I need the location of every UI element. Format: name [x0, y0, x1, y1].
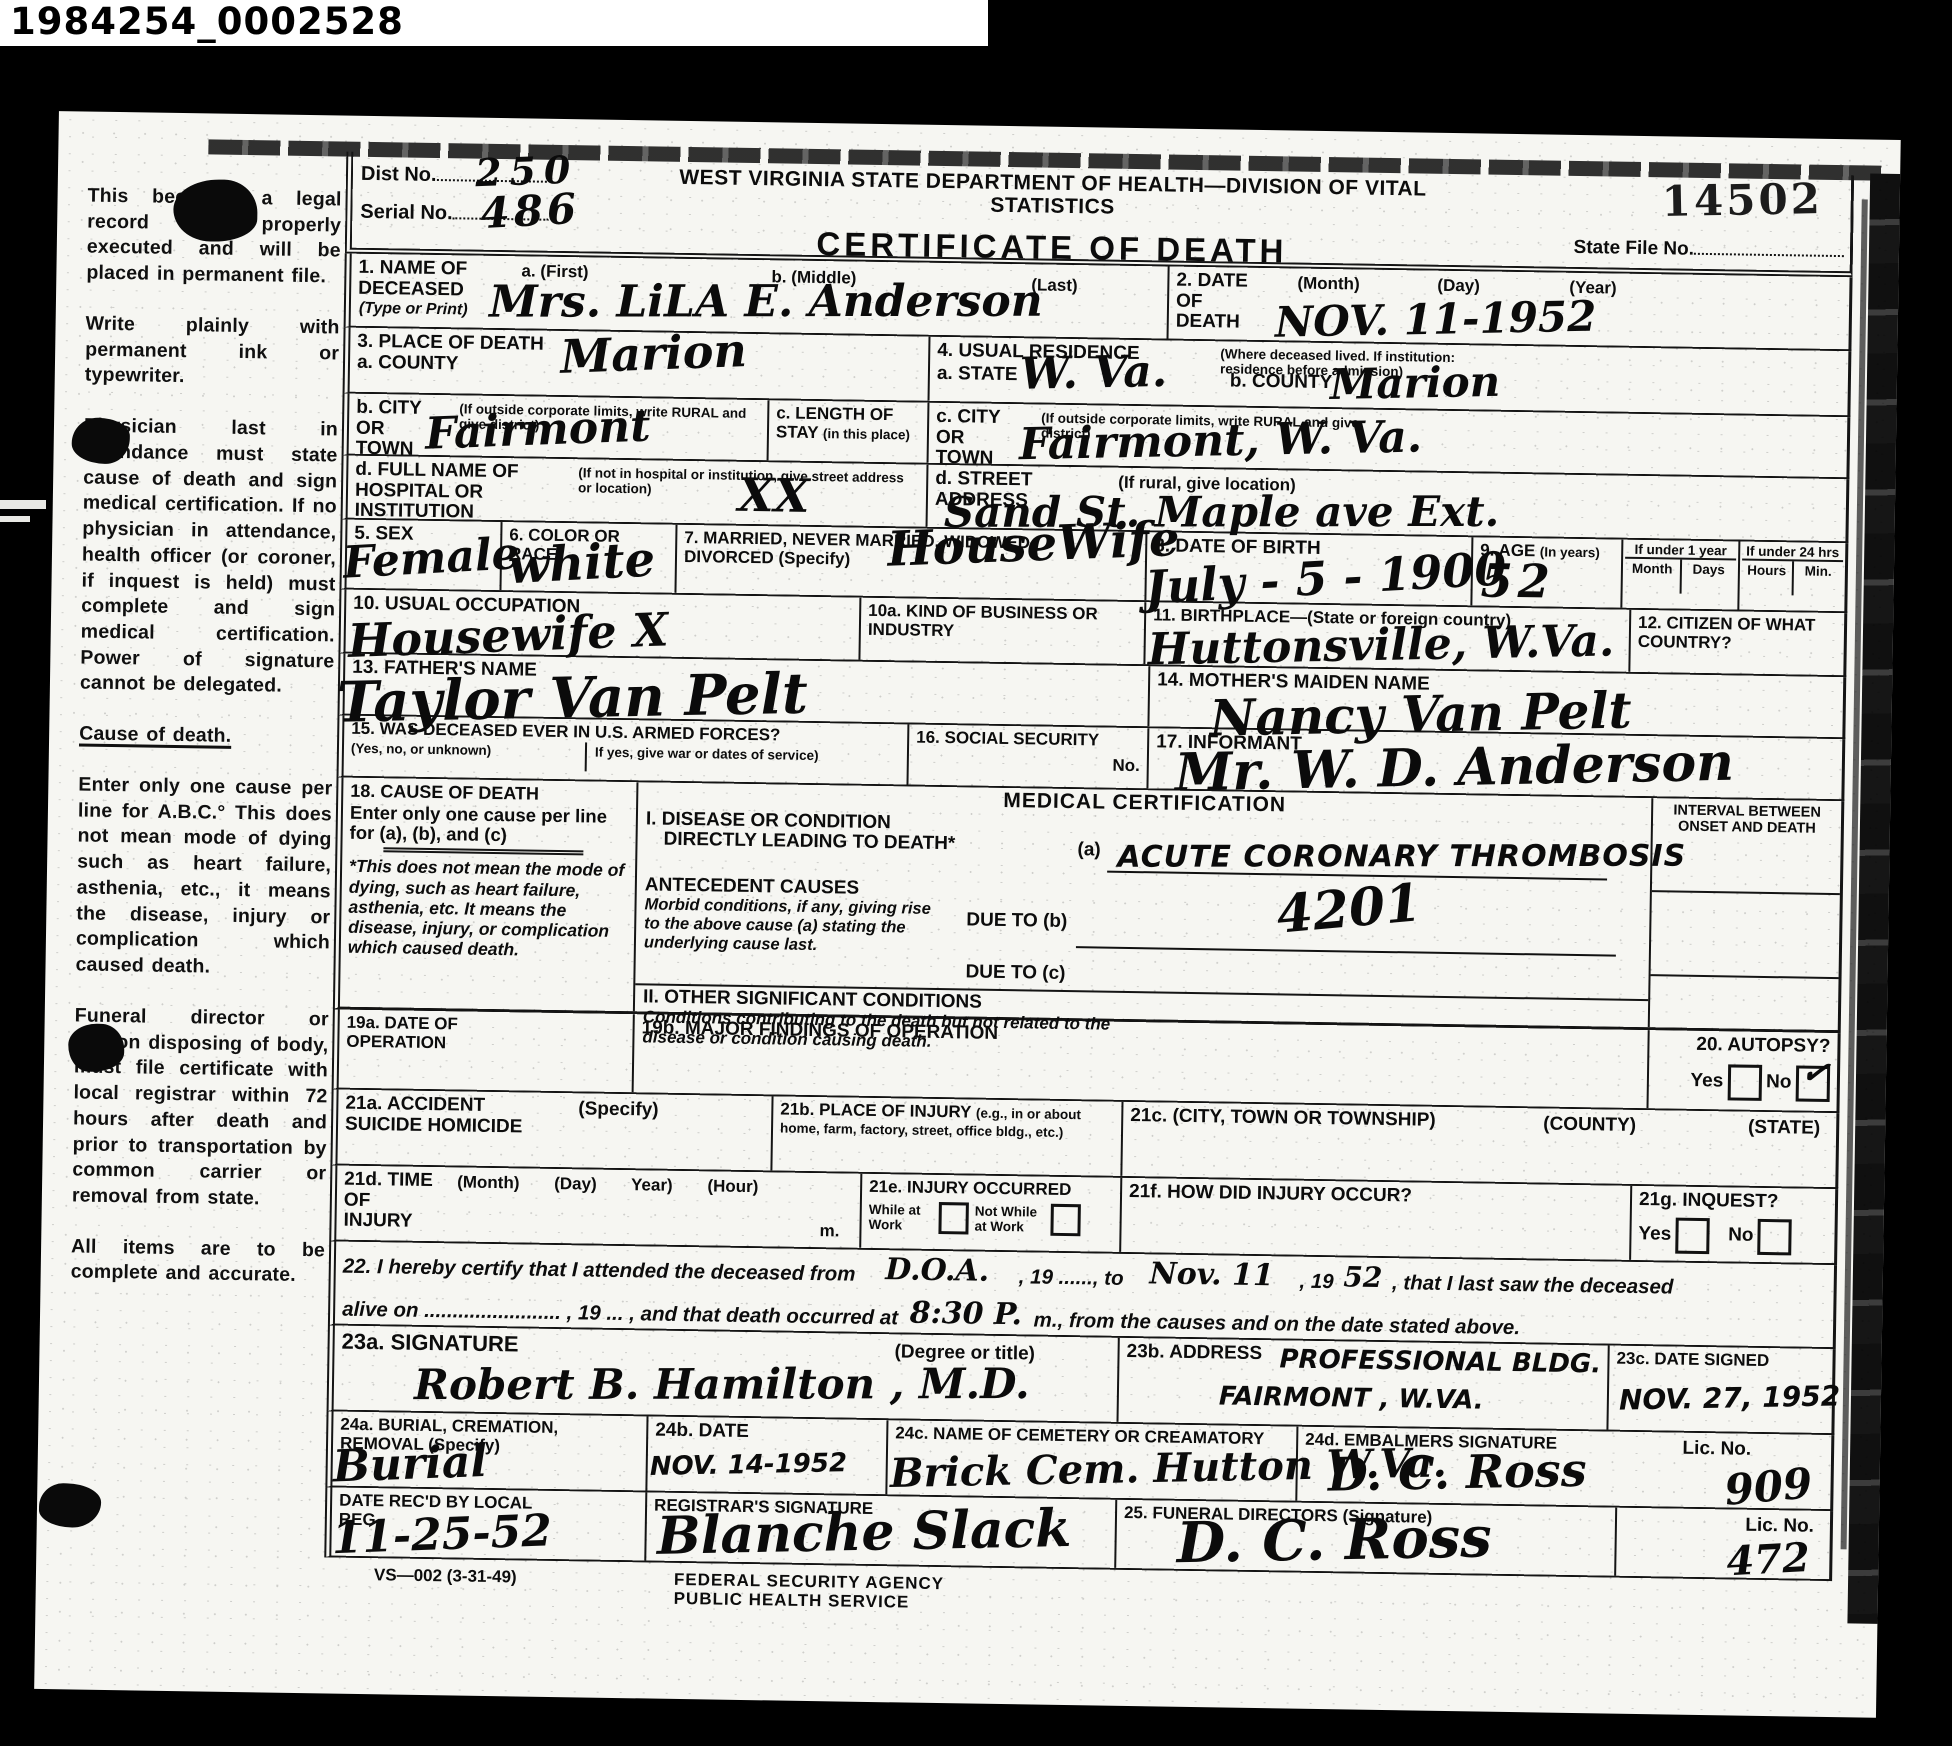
- field-17-value: Mr. W. D. Anderson: [1174, 732, 1734, 804]
- field-2-date-of-death: 2. DATE OF DEATH (Month) (Day) (Year) NO…: [1169, 267, 1850, 350]
- field-23a-label: 23a. SIGNATURE: [341, 1329, 518, 1357]
- field-6-color-or-race: 6. COLOR OR RACE white: [501, 522, 677, 593]
- field-3a-county-value: Marion: [559, 323, 747, 384]
- inquest-no-label: No: [1728, 1224, 1754, 1245]
- scan-id-label: 1984254_0002528: [0, 0, 988, 43]
- title-block: WEST VIRGINIA STATE DEPARTMENT OF HEALTH…: [614, 156, 1491, 266]
- field-13-value: Taylor Van Pelt: [336, 661, 808, 736]
- field-23b-value-line2: FAIRMONT , W.VA.: [1219, 1381, 1484, 1415]
- field-20-autopsy: 20. AUTOPSY? Yes No ✓: [1648, 1030, 1837, 1111]
- margin-paragraph: Write plainly with permanent ink or type…: [85, 311, 340, 392]
- field-5-sex: 5. SEX Female: [346, 520, 502, 590]
- field-4c-value: Fairmont, W. Va.: [1018, 411, 1422, 470]
- under-1-year-days-label: Days: [1681, 560, 1736, 595]
- not-while-at-work-label: Not While at Work: [974, 1203, 1044, 1234]
- field-14-mothers-maiden-name: 14. MOTHER'S MAIDEN NAME Nancy Van Pelt: [1149, 666, 1843, 737]
- field-23a-value: Robert B. Hamilton , M.D.: [414, 1359, 1030, 1409]
- statement-part-5: alive on: [342, 1298, 419, 1322]
- ink-blot: [39, 1483, 102, 1528]
- field-21c-label: 21c. (CITY, TOWN OR TOWNSHIP): [1130, 1105, 1436, 1131]
- under-1-year-month-label: Month: [1625, 559, 1682, 594]
- certificate-form: Dist No. Serial No. 250 486 WEST VIRGINI…: [323, 152, 1854, 1646]
- field-date-recd-value: 11-25-52: [331, 1505, 553, 1564]
- state-file-label: State File No.: [1573, 237, 1694, 260]
- field-registrar-value: Blanche Slack: [656, 1498, 1072, 1567]
- field-25-lic-no: Lic. No. 472: [1616, 1508, 1830, 1579]
- field-24c-cemetery: 24c. NAME OF CEMETERY OR CREAMATORY Bric…: [887, 1420, 1298, 1500]
- field-date-recd-local-registrar: DATE REC'D BY LOCAL REG. 11-25-52: [331, 1488, 647, 1561]
- not-while-at-work-checkbox: [1050, 1203, 1080, 1235]
- margin-paragraph: Enter only one cause per line for A.B.C.…: [75, 772, 332, 982]
- section-medical-certification: 18. CAUSE OF DEATH Enter only one cause …: [333, 778, 1844, 1034]
- interval-line-a: [1652, 890, 1840, 895]
- due-to-b-label: DUE TO (b): [966, 910, 1067, 932]
- statement-part-4: , that I last saw the deceased: [1392, 1271, 1674, 1298]
- field-21g-inquest: 21g. INQUEST? Yes No: [1631, 1186, 1835, 1263]
- field-12-citizen-of: 12. CITIZEN OF WHAT COUNTRY?: [1630, 610, 1844, 675]
- field-23c-label: 23c. DATE SIGNED: [1616, 1349, 1769, 1370]
- field-25-lic-value: 472: [1725, 1534, 1811, 1585]
- field-3b-city-or-town: b. CITY OR TOWN (If outside corporate li…: [349, 394, 770, 461]
- while-at-work-checkbox: [938, 1202, 968, 1234]
- inquest-yes-checkbox: [1675, 1217, 1710, 1254]
- antecedent-note: Morbid conditions, if any, giving rise t…: [644, 896, 945, 958]
- antecedent-causes-block: ANTECEDENT CAUSES Morbid conditions, if …: [635, 875, 1650, 999]
- field-24a-value: Burial: [332, 1436, 488, 1493]
- attended-from-value: D.O.A.: [861, 1252, 1013, 1289]
- field-16-label: 16. SOCIAL SECURITY: [916, 728, 1099, 750]
- field-6-value: white: [507, 531, 657, 595]
- under-24-hrs-hours-label: Hours: [1742, 561, 1794, 596]
- field-21a-accident-suicide-homicide: 21a. ACCIDENT SUICIDE HOMICIDE (Specify): [337, 1090, 773, 1171]
- field-19a-label: 19a. DATE OF OPERATION: [346, 1014, 507, 1054]
- attended-to-year-value: 52: [1339, 1260, 1386, 1294]
- field-24b-date: 24b. DATE NOV. 14-1952: [647, 1416, 888, 1494]
- field-16-no-label: No.: [916, 754, 1140, 776]
- field-3d-label: d. FULL NAME OF HOSPITAL OR INSTITUTION: [355, 460, 556, 525]
- scan-artifact: [0, 500, 46, 509]
- field-10-usual-occupation: 10. USUAL OCCUPATION Housewife X: [345, 590, 861, 660]
- field-21c-state-label: (STATE): [1748, 1118, 1820, 1140]
- field-7-value: HouseWife: [886, 511, 1180, 578]
- interval-label: INTERVAL BETWEEN ONSET AND DEATH: [1660, 802, 1834, 837]
- interval-column: INTERVAL BETWEEN ONSET AND DEATH: [1650, 798, 1842, 1030]
- field-8-date-of-birth: 8. DATE OF BIRTH July - 5 - 1900: [1146, 532, 1473, 605]
- disease-a-value: ACUTE CORONARY THROMBOSIS: [1117, 838, 1686, 874]
- field-21a-note: (Specify): [578, 1099, 659, 1121]
- field-21e-injury-occurred: 21e. INJURY OCCURRED While at Work Not W…: [861, 1174, 1122, 1252]
- field-15-note2: If yes, give war or dates of service): [587, 742, 900, 776]
- field-12-label: 12. CITIZEN OF WHAT COUNTRY?: [1638, 614, 1819, 654]
- field-3d-hospital: d. FULL NAME OF HOSPITAL OR INSTITUTION …: [348, 456, 929, 527]
- autopsy-no-label: No: [1766, 1071, 1792, 1092]
- field-21d-time-of-injury: 21d. TIME OF INJURY (Month) (Day) Year) …: [336, 1166, 862, 1248]
- field-25-funeral-directors: 25. FUNERAL DIRECTORS (Signature) D. C. …: [1116, 1500, 1617, 1576]
- field-18-note1: Enter only one cause per line for (a), (…: [349, 803, 629, 847]
- field-19b-label: 19b. MAJOR FINDINGS OF OPERATION: [641, 1017, 998, 1044]
- file-number-block: 14502 State File No.: [1490, 170, 1851, 272]
- form-number: VS—002 (3-31-49): [374, 1565, 517, 1586]
- field-10a-kind-of-business: 10a. KIND OF BUSINESS OR INDUSTRY: [860, 598, 1146, 664]
- field-13-fathers-name: 13. FATHER'S NAME Taylor Van Pelt: [345, 654, 1151, 727]
- field-21d-label: 21d. TIME OF INJURY: [343, 1170, 434, 1233]
- ink-blot: [173, 179, 258, 242]
- field-21b-place-of-injury: 21b. PLACE OF INJURY (e.g., in or about …: [772, 1096, 1123, 1175]
- field-24b-value: NOV. 14-1952: [649, 1448, 847, 1482]
- field-24d-value: D. C. Ross: [1327, 1443, 1587, 1502]
- field-23c-date-signed: 23c. DATE SIGNED NOV. 27, 1952: [1608, 1346, 1832, 1433]
- field-11-birthplace: 11. BIRTHPLACE—(State or foreign country…: [1145, 602, 1631, 672]
- field-9-under-1-year: If under 1 year Month Days: [1622, 540, 1740, 610]
- scan-id-bar: 1984254_0002528: [0, 0, 988, 46]
- field-24d-lic-label: Lic. No.: [1682, 1439, 1751, 1461]
- field-2-value: NOV. 11-1952: [1274, 292, 1596, 347]
- field-24d-lic-value: 909: [1723, 1458, 1815, 1515]
- field-11-value: Huttonsville, W.Va.: [1147, 615, 1614, 675]
- margin-heading-cause-of-death: Cause of death.: [79, 722, 333, 752]
- field-9-under-24-hrs: If under 24 hrs Hours Min.: [1739, 542, 1845, 612]
- field-24b-label: 24b. DATE: [655, 1420, 749, 1442]
- field-21c-city-county-state: 21c. (CITY, TOWN OR TOWNSHIP) (COUNTY) (…: [1122, 1102, 1836, 1187]
- field-1-value: Mrs. LiLA E. Anderson: [489, 276, 1043, 328]
- field-3b-value: Fairmont: [424, 401, 651, 460]
- field-registrar-signature: REGISTRAR'S SIGNATURE Blanche Slack: [646, 1492, 1117, 1567]
- footer-service: PUBLIC HEALTH SERVICE: [674, 1590, 944, 1613]
- statement-dots: ........................ , 19 ...: [424, 1299, 624, 1325]
- field-3d-value: XX: [738, 468, 810, 523]
- inquest-yes-label: Yes: [1638, 1223, 1671, 1245]
- district-serial-block: Dist No. Serial No. 250 486: [352, 152, 615, 252]
- inquest-no-checkbox: [1758, 1218, 1793, 1255]
- ink-blot: [71, 417, 130, 464]
- field-16-social-security: 16. SOCIAL SECURITY No.: [908, 724, 1149, 788]
- serial-no-value: 486: [479, 184, 581, 238]
- margin-instructions: This becomes a legal record when properl…: [70, 184, 342, 1315]
- field-19b-major-findings: 19b. MAJOR FINDINGS OF OPERATION: [634, 1014, 1650, 1108]
- field-4c-label: c. CITY OR TOWN: [935, 407, 1020, 470]
- field-24d-embalmer-signature: 24d. EMBALMERS SIGNATURE Lic. No. D. C. …: [1297, 1427, 1831, 1509]
- due-to-c-label: DUE TO (c): [965, 962, 1065, 984]
- field-23b-label: 23b. ADDRESS: [1126, 1341, 1262, 1364]
- field-3-place-of-death: 3. PLACE OF DEATH a. COUNTY Marion: [350, 328, 931, 401]
- under-1-year-label: If under 1 year: [1625, 542, 1736, 561]
- field-21f-label: 21f. HOW DID INJURY OCCUR?: [1129, 1181, 1412, 1206]
- field-21d-m-label: m.: [819, 1222, 839, 1241]
- death-time-value: 8:30 P.: [904, 1295, 1029, 1332]
- field-1-label: 1. NAME OF DECEASED: [358, 258, 509, 301]
- autopsy-no-checkbox: ✓: [1796, 1065, 1831, 1102]
- divider: [383, 848, 583, 856]
- field-21a-label: 21a. ACCIDENT SUICIDE HOMICIDE: [345, 1094, 526, 1138]
- scan-artifact: [0, 516, 30, 522]
- field-2-month-label: (Month): [1297, 275, 1360, 295]
- field-21f-how-injury-occurred: 21f. HOW DID INJURY OCCUR?: [1121, 1178, 1632, 1260]
- field-3c-length-of-stay: c. LENGTH OF STAY (in this place): [769, 400, 930, 463]
- field-21d-cols: (Month) (Day) Year) (Hour): [457, 1173, 759, 1196]
- statement-part-3: , 19: [1299, 1270, 1334, 1294]
- while-at-work-label: While at Work: [868, 1202, 932, 1233]
- autopsy-yes-label: Yes: [1690, 1070, 1723, 1092]
- field-18-cause-of-death: 18. CAUSE OF DEATH Enter only one cause …: [340, 778, 639, 1012]
- field-5-value: Female: [342, 528, 521, 588]
- field-21b-label: 21b. PLACE OF INJURY: [780, 1100, 971, 1122]
- certificate-page: This becomes a legal record when properl…: [34, 111, 1901, 1718]
- field-4a-state-value: W. Va.: [1019, 346, 1167, 400]
- field-23a-signature: 23a. SIGNATURE (Degree or title) Robert …: [334, 1326, 1120, 1422]
- under-24-hrs-label: If under 24 hrs: [1742, 544, 1843, 563]
- field-21c-county-label: (COUNTY): [1543, 1115, 1636, 1137]
- due-to-b-value: 4201: [1274, 872, 1424, 946]
- statement-part-7: , and that death occurred at: [629, 1302, 898, 1329]
- field-2-label: 2. DATE OF DEATH: [1176, 271, 1269, 334]
- field-4a-state-label: a. STATE: [937, 362, 1018, 384]
- statement-part-2: , 19 ......, to: [1019, 1265, 1124, 1290]
- ink-blot: [68, 1023, 125, 1072]
- field-15-note1: (Yes, no, or unknown): [351, 739, 587, 772]
- margin-paragraph: All items are to be complete and accurat…: [71, 1234, 326, 1289]
- field-10a-label: 10a. KIND OF BUSINESS OR INDUSTRY: [868, 602, 1129, 643]
- field-24a-burial-cremation: 24a. BURIAL, CREMATION, REMOVAL (Specify…: [332, 1412, 648, 1491]
- autopsy-yes-checkbox: [1727, 1064, 1762, 1101]
- field-18-note2: *This does not mean the mode of dying, s…: [348, 856, 629, 961]
- stamp-number: 14502: [1661, 174, 1823, 226]
- department-title: WEST VIRGINIA STATE DEPARTMENT OF HEALTH…: [614, 166, 1491, 225]
- interval-line-b: [1651, 974, 1839, 979]
- field-3c-note: (in this place): [823, 426, 910, 442]
- field-4b-county-label: b. COUNTY: [1230, 371, 1333, 393]
- field-21g-label: 21g. INQUEST?: [1639, 1190, 1828, 1213]
- field-4b-county-value: Marion: [1329, 357, 1500, 409]
- field-7-marital-status: 7. MARRIED, NEVER MARRIED, WIDOWED, DIVO…: [676, 525, 1147, 600]
- field-23b-address: 23b. ADDRESS PROFESSIONAL BLDG. FAIRMONT…: [1118, 1338, 1609, 1430]
- field-25-value: D. C. Ross: [1176, 1504, 1492, 1576]
- dist-no-label: Dist No.: [361, 163, 437, 186]
- attended-to-value: Nov. 11: [1129, 1256, 1294, 1294]
- field-1-sub-label: (Type or Print): [359, 300, 468, 320]
- field-19a-date-of-operation: 19a. DATE OF OPERATION: [339, 1010, 635, 1093]
- statement-part-8: m., from the causes and on the date stat…: [1033, 1309, 1520, 1340]
- disease-a-label: (a): [1077, 840, 1101, 861]
- field-1-name-of-deceased: 1. NAME OF DECEASED (Type or Print) a. (…: [351, 254, 1170, 339]
- field-23c-value: NOV. 27, 1952: [1619, 1379, 1841, 1416]
- state-file-line: [1694, 239, 1844, 257]
- statement-part-1: 22. I hereby certify that I attended the…: [343, 1255, 856, 1286]
- field-21e-label: 21e. INJURY OCCURRED: [869, 1178, 1113, 1201]
- under-24-hrs-min-label: Min.: [1793, 561, 1843, 596]
- field-4-usual-residence: 4. USUAL RESIDENCE (Where deceased lived…: [930, 337, 1849, 415]
- field-9-value: 52: [1480, 553, 1555, 608]
- autopsy-no-checkmark: ✓: [1798, 1050, 1832, 1094]
- medical-certification-main: MEDICAL CERTIFICATION I. DISEASE OR COND…: [635, 782, 1653, 1027]
- field-23b-value-line1: PROFESSIONAL BLDG.: [1279, 1344, 1601, 1379]
- serial-no-label: Serial No.: [360, 200, 453, 223]
